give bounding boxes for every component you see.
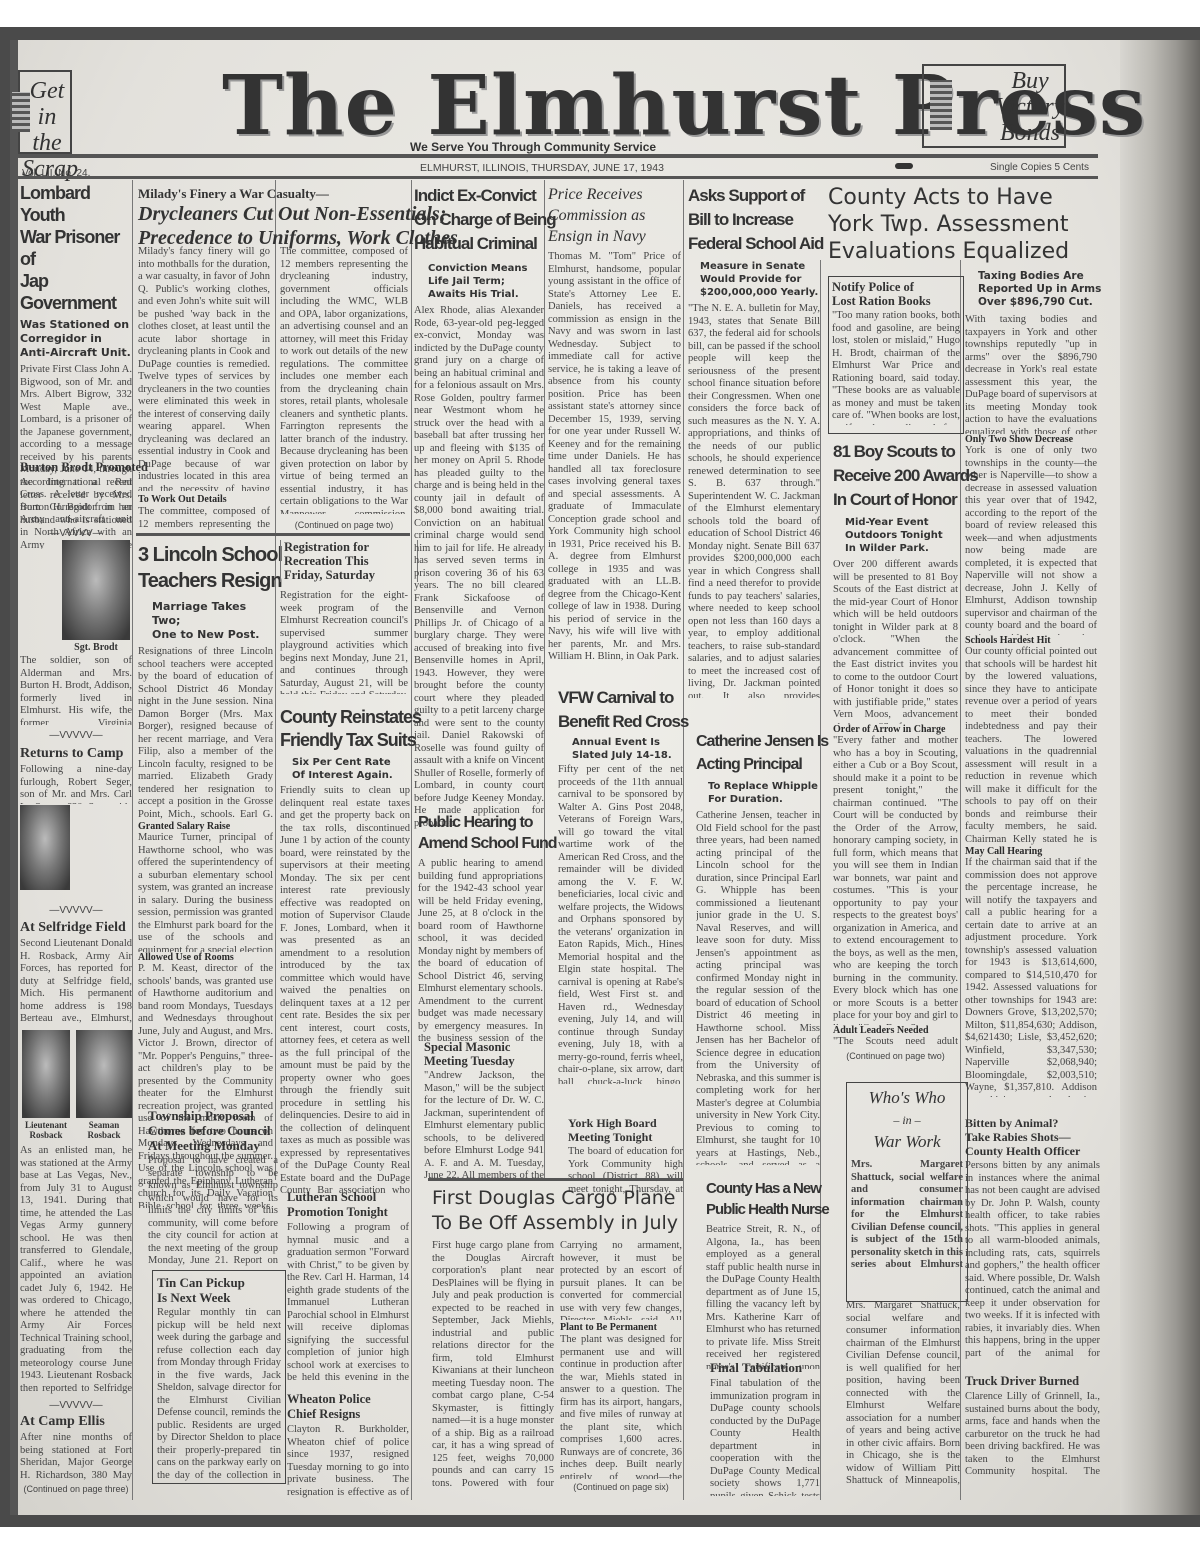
headline-line: In Court of Honor: [833, 488, 958, 512]
article-body: "Andrew Jackson, the Mason," will be the…: [424, 1070, 544, 1182]
headline: At Selfridge Field: [20, 920, 126, 936]
article-body: Second Lieutenant Donald H. Rosback, Arm…: [20, 938, 132, 1023]
subhead-line: Over $896,790 Cut.: [978, 296, 1108, 309]
subhead: Marriage Takes Two; One to New Post.: [152, 600, 273, 642]
article-body: Following a nine-day furlough, Robert Se…: [20, 764, 132, 804]
headline-line: Lombard Youth: [20, 182, 132, 226]
article-ration: Notify Police of Lost Ration Books "Too …: [828, 276, 964, 434]
subhead-line: Life Jail Term;: [428, 275, 544, 288]
subhead-line: To Replace Whipple: [708, 780, 820, 793]
subhead-line: Mid-Year Event: [845, 516, 958, 529]
headline-line: County Reinstates: [280, 706, 410, 729]
headline-line: Ensign in Navy: [548, 226, 681, 247]
subhead: Measure in Senate Would Provide for $200…: [700, 260, 820, 299]
article-body: Registration for the eight-week program …: [280, 590, 408, 694]
headline: Indict Ex-Convict On Charge of Being Hab…: [414, 184, 544, 256]
article-body: First huge cargo plane from the Douglas …: [432, 1240, 554, 1490]
page-gutter: [10, 40, 18, 1515]
column-rule: [683, 180, 684, 1500]
article-body: After nine months of being stationed at …: [20, 1432, 132, 1482]
page-binding-edge: [1120, 40, 1200, 1515]
headline-line: Notify Police of: [832, 280, 960, 294]
masthead-rule-bottom: [18, 176, 1098, 179]
article-tax-suits: County Reinstates Friendly Tax Suits Six…: [280, 706, 410, 1195]
photo-caption: Seaman Rosback: [76, 1120, 132, 1140]
headline: County Acts to Have York Twp. Assessment…: [828, 184, 1108, 265]
masthead-motto: We Serve You Through Community Service: [410, 140, 656, 154]
headline-line: Recreation This: [284, 554, 414, 568]
headline-line: 81 Boy Scouts to: [833, 440, 958, 464]
headline-line: Drycleaners Cut Out Non-Essentials;: [138, 202, 408, 226]
subhead-line: Marriage Takes Two;: [152, 600, 273, 628]
subhead-line: Slated July 14-18.: [572, 749, 683, 762]
headline-line: Is Next Week: [157, 1290, 281, 1305]
article-tabulation: Final Tabulation Final tabulation of the…: [710, 1360, 820, 1496]
article-body: "Every father and mother who has a boy i…: [833, 735, 958, 1025]
headline-line: Amend School Fund: [418, 833, 543, 854]
article-body: Final tabulation of the immunization pro…: [710, 1378, 820, 1496]
headline-line: Friendly Tax Suits: [280, 729, 410, 752]
headline: Bitten by Animal? Take Rabies Shots— Cou…: [965, 1116, 1100, 1158]
subhead: Mid-Year Event Outdoors Tonight In Wilde…: [845, 516, 958, 555]
article-body: Friendly suits to clean up delinquent re…: [280, 785, 410, 1195]
article-body-col2: The committee, composed of 12 members re…: [280, 246, 408, 514]
headline-line: Meeting Tuesday: [424, 1054, 544, 1068]
article-county-acts: County Acts to Have York Twp. Assessment…: [828, 184, 1108, 265]
headline-line: Bill to Increase: [688, 208, 820, 232]
subhead: Annual Event Is Slated July 14-18.: [572, 736, 683, 762]
headline-line: Receive 200 Awards: [833, 464, 958, 488]
headline-line: Special Masonic: [424, 1040, 544, 1054]
flag-icon: [930, 80, 952, 130]
headline-line: Teachers Resign: [138, 568, 273, 594]
subhead-line: Measure in Senate: [700, 260, 820, 273]
subhead-line: Corregidor in: [20, 332, 132, 346]
column-rule: [132, 180, 133, 1500]
article-scouts: 81 Boy Scouts to Receive 200 Awards In C…: [833, 440, 958, 1061]
headline: Tin Can Pickup Is Next Week: [153, 1271, 285, 1305]
article-township: Township Proposal Comes before Council A…: [148, 1108, 278, 1267]
article-body: Following a program of hymnal music and …: [287, 1222, 409, 1380]
headline: Drycleaners Cut Out Non-Essentials; Prec…: [138, 202, 408, 250]
headline: Price Receives Commission as Ensign in N…: [548, 184, 681, 247]
article-body: Resignations of three Lincoln school tea…: [138, 646, 273, 821]
article-douglas: First Douglas Cargo Plane To Be Off Asse…: [432, 1186, 687, 1236]
headline-line: On Charge of Being: [414, 208, 544, 232]
headline-line: Benefit Red Cross: [558, 710, 683, 734]
headline-line: Promotion Tonight: [287, 1205, 409, 1220]
headline: Truck Driver Burned: [965, 1374, 1100, 1389]
article-body: Mrs. Margaret Shattuck, social welfare a…: [846, 1300, 960, 1485]
subhead-line: Annual Event Is: [572, 736, 683, 749]
article-body: Maurice Turner, principal of Hawthorne s…: [138, 832, 273, 952]
headline-line: York Twp. Assessment: [828, 211, 1108, 238]
article-body-wrap: [72, 805, 132, 890]
photo-seaman-seger: [20, 805, 70, 890]
article-tin-can: Tin Can Pickup Is Next Week Regular mont…: [152, 1270, 286, 1484]
subhead-line: For Duration.: [708, 793, 820, 806]
subhead-line: In Wilder Park.: [845, 542, 958, 555]
article-body: The committee, composed of 12 members re…: [138, 506, 270, 532]
continued-note: (Continued on page two): [833, 1051, 958, 1061]
article-drycleaners: Milady's Finery a War Casualty— Dryclean…: [138, 186, 408, 250]
subhead-line: Taxing Bodies Are: [978, 270, 1108, 283]
title-line: – in –: [851, 1109, 963, 1131]
headline-line: County Has a New: [706, 1178, 820, 1199]
headline-line: Wheaton Police: [287, 1392, 409, 1407]
photo-caption: Sgt. Brodt: [62, 642, 130, 653]
article-body: Proposal to have created a separate town…: [148, 1155, 278, 1267]
article-body: "The N. E. A. bulletin for May, 1943, st…: [688, 303, 820, 698]
headline-line: Habitual Criminal: [414, 232, 544, 256]
headline-line: Indict Ex-Convict: [414, 184, 544, 208]
article-body: The soldier, son of Alderman and Mrs. Bu…: [20, 655, 132, 725]
headline: Asks Support of Bill to Increase Federal…: [688, 184, 820, 256]
headline-line: Public Hearing to: [418, 812, 543, 833]
headline-line: County Health Officer: [965, 1144, 1100, 1158]
continued-note: (Continued on page two): [280, 520, 408, 530]
ear-line: Victory: [990, 94, 1070, 120]
masthead-rule: [18, 154, 1098, 158]
plane-icon: [895, 163, 913, 169]
subhead-line: Outdoors Tonight: [845, 529, 958, 542]
article-masonic: Special Masonic Meeting Tuesday "Andrew …: [424, 1040, 544, 1182]
left-ear: Get in the Scrap: [22, 78, 72, 182]
article-body: Milady's fancy finery will go into mothb…: [138, 246, 270, 491]
article-brodt: Burton Brodt Promoted According to a rec…: [20, 460, 132, 549]
subhead-line: Was Stationed on: [20, 318, 132, 332]
dateline: ELMHURST, ILLINOIS, THURSDAY, JUNE 17, 1…: [420, 162, 664, 174]
subhead-line: Anti-Aircraft Unit.: [20, 346, 132, 360]
headline-line: Commission as: [548, 205, 681, 226]
photo-seaman-rosback: [76, 1030, 132, 1118]
article-truck: Truck Driver Burned Clarence Lilly of Gr…: [965, 1374, 1100, 1479]
headline-line: War Prisoner of: [20, 226, 132, 270]
headline: Burton Brodt Promoted: [20, 460, 132, 475]
headline-line: Comes before Council: [148, 1123, 278, 1138]
column-rule: [820, 260, 821, 1500]
headline: Public Hearing to Amend School Fund: [418, 812, 543, 854]
article-federal-aid: Asks Support of Bill to Increase Federal…: [688, 184, 820, 698]
separator: —VVVVV—: [20, 1400, 132, 1411]
headline: At Camp Ellis: [20, 1414, 105, 1430]
article-body: According to a recent letter received by…: [20, 477, 132, 549]
article-body: Persons bitten by any animals in instanc…: [965, 1160, 1100, 1360]
inline-subhead: To Work Out Details: [138, 494, 227, 505]
article-body: "The Scouts need adult leaders: [833, 1036, 958, 1049]
headline: Special Masonic Meeting Tuesday: [424, 1040, 544, 1068]
subhead: Taxing Bodies Are Reported Up in Arms Ov…: [978, 270, 1108, 309]
inline-subhead: Schools Hardest Hit: [965, 635, 1097, 646]
article-nurse: County Has a New Public Health Nurse Bea…: [706, 1178, 820, 1369]
photo-sgt-brodt: [62, 540, 130, 640]
headline: Notify Police of Lost Ration Books: [832, 280, 960, 308]
subhead-line: Awaits His Trial.: [428, 288, 544, 301]
headline-line: Acting Principal: [696, 753, 820, 776]
headline: VFW Carnival to Benefit Red Cross: [558, 686, 683, 734]
column-rule: [960, 260, 961, 1500]
subhead: Six Per Cent Rate Of Interest Again.: [292, 756, 410, 782]
subhead-line: Would Provide for: [700, 273, 820, 286]
article-body: Beatrice Streit, R. N., of Algona, Ia., …: [706, 1224, 820, 1369]
headline: Final Tabulation: [710, 1360, 820, 1376]
subhead-line: Six Per Cent Rate: [292, 756, 410, 769]
subhead-line: One to New Post.: [152, 628, 273, 642]
headline: Wheaton Police Chief Resigns: [287, 1392, 409, 1422]
article-vfw: VFW Carnival to Benefit Red Cross Annual…: [558, 686, 683, 1084]
ear-line: Bonds: [990, 120, 1070, 146]
inline-subhead: Plant to Be Permanent: [560, 1322, 657, 1333]
headline: Returns to Camp: [20, 746, 123, 762]
headline-line: At Meeting Monday: [148, 1138, 278, 1153]
headline-line: Township Proposal: [148, 1108, 278, 1123]
article-lutheran: Lutheran School Promotion Tonight Follow…: [287, 1190, 409, 1380]
headline: 81 Boy Scouts to Receive 200 Awards In C…: [833, 440, 958, 512]
article-body: Over 200 different awards will be presen…: [833, 559, 958, 724]
inline-subhead: May Call Hearing: [965, 846, 1097, 857]
article-rabies: Bitten by Animal? Take Rabies Shots— Cou…: [965, 1116, 1100, 1360]
headline: Lutheran School Promotion Tonight: [287, 1190, 409, 1220]
ear-line: Buy: [990, 68, 1070, 94]
article-body: If the chairman said that if the commiss…: [965, 857, 1097, 1097]
headline-line: County Acts to Have: [828, 184, 1108, 211]
continued-note: (Continued on page six): [560, 1482, 682, 1492]
continued-note: (Continued on page three): [20, 1484, 132, 1494]
headline-line: Meeting Tonight: [568, 1130, 683, 1144]
article-body-wrap: [20, 540, 60, 640]
separator: —VVVVV—: [20, 730, 132, 741]
feature-intro: Mrs. Margaret Shattuck, social welfare a…: [851, 1159, 963, 1269]
photo-lieutenant-rosback: [22, 1030, 70, 1118]
subhead-line: Conviction Means: [428, 262, 544, 275]
feature-title: Who's Who – in – War Work: [851, 1087, 963, 1153]
article-body: Catherine Jensen, teacher in Old Field s…: [696, 810, 820, 1165]
headline-line: 3 Lincoln School: [138, 542, 273, 568]
article-body: Regular monthly tin can pickup will be h…: [153, 1305, 285, 1481]
headline-line: Bitten by Animal?: [965, 1116, 1100, 1130]
subhead-line: $200,000,000 Yearly.: [700, 286, 820, 299]
subhead-line: Of Interest Again.: [292, 769, 410, 782]
headline-line: First Douglas Cargo Plane: [432, 1186, 687, 1211]
column-rule: [544, 180, 545, 1180]
article-body: "Too many ration books, both food and ga…: [832, 310, 960, 425]
headline: County Reinstates Friendly Tax Suits: [280, 706, 410, 752]
headline: Registration for Recreation This Friday,…: [284, 540, 414, 582]
headline-line: Friday, Saturday: [284, 568, 414, 582]
article-body: As an enlisted man, he was stationed at …: [20, 1145, 132, 1395]
article-body: A public hearing to amend building fund …: [418, 858, 543, 1043]
article-body: Our county official pointed out that sch…: [965, 646, 1097, 846]
photo-caption: Lieutenant Rosback: [20, 1120, 72, 1140]
article-county-acts-body: With taxing bodies and taxpayers in York…: [965, 314, 1097, 1097]
right-ear: Buy Victory Bonds: [990, 68, 1070, 146]
ear-line: in the: [22, 104, 72, 156]
title-line: Who's Who: [851, 1087, 963, 1109]
headline-line: Public Health Nurse: [706, 1199, 820, 1220]
headline-line: Evaluations Equalized: [828, 238, 1108, 265]
section-rule: [136, 533, 410, 536]
article-body: Thomas M. "Tom" Price of Elmhurst, hands…: [548, 251, 681, 691]
headline-line: Chief Resigns: [287, 1407, 409, 1422]
ear-line: Get: [22, 78, 72, 104]
title-line: War Work: [851, 1131, 963, 1153]
headline: Catherine Jensen Is Acting Principal: [696, 730, 820, 776]
headline-line: Lost Ration Books: [832, 294, 960, 308]
subhead: Conviction Means Life Jail Term; Awaits …: [428, 262, 544, 301]
article-wheaton: Wheaton Police Chief Resigns Clayton R. …: [287, 1392, 409, 1499]
article-york-high: York High Board Meeting Tonight The boar…: [568, 1116, 683, 1194]
article-recreation: Registration for Recreation This Friday,…: [280, 540, 418, 582]
article-body: Clayton R. Burkholder, Wheaton chief of …: [287, 1424, 409, 1499]
inline-subhead: Only Two Show Decrease: [965, 434, 1097, 445]
headline: Lombard Youth War Prisoner of Jap Govern…: [20, 182, 132, 314]
headline: 3 Lincoln School Teachers Resign: [138, 542, 273, 594]
headline-line: Jap Government: [20, 270, 132, 314]
article-body: With taxing bodies and taxpayers in York…: [965, 314, 1097, 434]
headline: Township Proposal Comes before Council A…: [148, 1108, 278, 1153]
kicker: Milady's Finery a War Casualty—: [138, 186, 408, 202]
article-body: Carrying no armament, however, it must b…: [560, 1240, 682, 1320]
headline-line: Federal School Aid: [688, 232, 820, 256]
headline: First Douglas Cargo Plane To Be Off Asse…: [432, 1186, 687, 1236]
inline-subhead: Allowed Use of Rooms: [138, 952, 273, 963]
headline-line: Tin Can Pickup: [157, 1275, 281, 1290]
headline-line: VFW Carnival to: [558, 686, 683, 710]
subhead-line: Reported Up in Arms: [978, 283, 1108, 296]
article-whos-who: Who's Who – in – War Work Mrs. Margaret …: [846, 1082, 968, 1302]
article-jensen: Catherine Jensen Is Acting Principal To …: [696, 730, 820, 1165]
article-body: Alex Rhode, alias Alexander Rode, 63-yea…: [414, 305, 544, 850]
article-school-fund: Public Hearing to Amend School Fund A pu…: [418, 812, 543, 1043]
headline-line: Asks Support of: [688, 184, 820, 208]
article-indict: Indict Ex-Convict On Charge of Being Hab…: [414, 184, 544, 850]
headline-line: Catherine Jensen Is: [696, 730, 820, 753]
headline: County Has a New Public Health Nurse: [706, 1178, 820, 1220]
inline-subhead: Order of Arrow in Charge: [833, 724, 958, 735]
headline-line: Lutheran School: [287, 1190, 409, 1205]
column-rule: [411, 180, 412, 1500]
headline-line: To Be Off Assembly in July: [432, 1211, 687, 1236]
article-price: Price Receives Commission as Ensign in N…: [548, 184, 681, 691]
subhead: Was Stationed on Corregidor in Anti-Airc…: [20, 318, 132, 360]
article-body: The plant was designed for permanent use…: [560, 1334, 682, 1479]
subhead: To Replace Whipple For Duration.: [708, 780, 820, 806]
headline-line: Price Receives: [548, 184, 681, 205]
headline-line: Take Rabies Shots—: [965, 1130, 1100, 1144]
headline-line: York High Board: [568, 1116, 683, 1130]
article-body: Clarence Lilly of Grinnell, Ia., sustain…: [965, 1391, 1100, 1479]
separator: —VVVVV—: [20, 905, 132, 916]
headline-line: Registration for: [284, 540, 414, 554]
article-body: Fifty per cent of the net proceeds of th…: [558, 764, 683, 1084]
column-rule: [275, 180, 276, 1180]
section-rule: [428, 1178, 683, 1181]
inline-subhead: Adult Leaders Needed: [833, 1025, 958, 1036]
headline: York High Board Meeting Tonight: [568, 1116, 683, 1144]
price: Single Copies 5 Cents: [990, 162, 1089, 173]
inline-subhead: Granted Salary Raise: [138, 821, 273, 832]
article-body: York is one of only two townships in the…: [965, 445, 1097, 635]
